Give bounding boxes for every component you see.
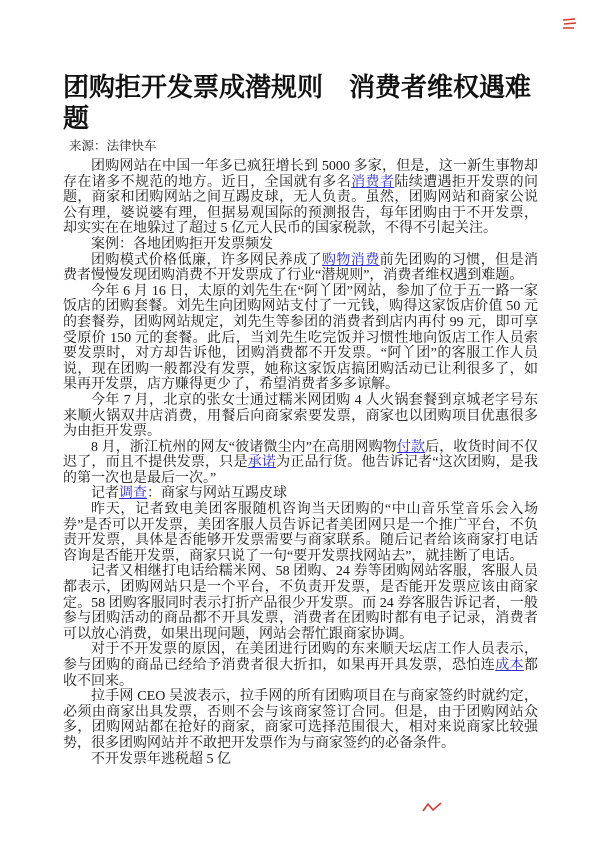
article: 团购拒开发票成潜规则 消费者维权遇难题 来源：法律快车 团购网站在中国一年多已疯… — [63, 72, 538, 767]
text-run: 8 月，浙江杭州的网友“彼诸微尘内”在高朋网购物 — [91, 440, 397, 455]
article-body: 团购网站在中国一年多已疯狂增长到 5000 多家，但是，这一新生事物却存在诸多不… — [63, 159, 538, 767]
inline-link[interactable]: 调查 — [119, 486, 147, 501]
text-run: 不开发票年逃税超 5 亿 — [91, 752, 231, 767]
inline-link[interactable]: 承诺 — [248, 455, 276, 470]
inline-link[interactable]: 付款 — [397, 440, 425, 455]
red-annotation-mark-bottom — [421, 801, 443, 819]
paragraph-taiyuan-case: 今年 6 月 16 日，太原的刘先生在“阿丫团”网站，参加了位于五一路一家饭店的… — [63, 284, 538, 393]
text-run: 案例：各地团购拒开发票频发 — [91, 237, 273, 252]
text-run: 团购模式价格低廉，许多网民养成了 — [91, 253, 322, 268]
subheading-cases: 案例：各地团购拒开发票频发 — [63, 237, 538, 253]
text-run: 记者又相继打电话给糯米网、58 团购、24 券等团购网站客服，客服人员都表示，团… — [63, 564, 538, 641]
article-title: 团购拒开发票成潜规则 消费者维权遇难题 — [63, 72, 538, 134]
text-run: 昨天，记者致电美团客服随机咨询当天团购的“中山音乐堂音乐会入场券”是否可以开发票… — [63, 502, 538, 564]
text-run: 今年 7 月，北京的张女士通过糯米网团购 4 人火锅套餐到京城老字号东来顺火锅双… — [63, 393, 538, 439]
paragraph-intro: 团购网站在中国一年多已疯狂增长到 5000 多家，但是，这一新生事物却存在诸多不… — [63, 159, 538, 237]
text-run: 今年 6 月 16 日，太原的刘先生在“阿丫团”网站，参加了位于五一路一家饭店的… — [63, 284, 538, 393]
red-annotation-mark-top — [561, 17, 579, 37]
paragraph-other-sites: 记者又相继打电话给糯米网、58 团购、24 券等团购网站客服，客服人员都表示，团… — [63, 564, 538, 642]
document-page: 团购拒开发票成潜规则 消费者维权遇难题 来源：法律快车 团购网站在中国一年多已疯… — [0, 0, 595, 842]
paragraph-meituan-call: 昨天，记者致电美团客服随机咨询当天团购的“中山音乐堂音乐会入场券”是否可以开发票… — [63, 502, 538, 564]
subheading-tax-evasion: 不开发票年逃税超 5 亿 — [63, 752, 538, 768]
subheading-investigation: 记者调查：商家与网站互踢皮球 — [63, 486, 538, 502]
text-run: 对于不开发票的原因，在美团进行团购的东来顺天坛店工作人员表示，参与团购的商品已经… — [63, 642, 538, 673]
text-run: 记者 — [91, 486, 119, 501]
paragraph-hidden-rule: 团购模式价格低廉，许多网民养成了购物消费前先团购的习惯，但是消费者慢慢发现团购消… — [63, 253, 538, 284]
text-run: ：商家与网站互踢皮球 — [147, 486, 287, 501]
inline-link[interactable]: 消费者 — [351, 175, 394, 190]
paragraph-lashou-ceo: 拉手网 CEO 吴波表示，拉手网的所有团购项目在与商家签约时就约定，必须由商家出… — [63, 689, 538, 751]
inline-link[interactable]: 购物消费 — [322, 253, 380, 268]
text-run: 拉手网 CEO 吴波表示，拉手网的所有团购项目在与商家签约时就约定，必须由商家出… — [63, 689, 538, 751]
paragraph-reason: 对于不开发票的原因，在美团进行团购的东来顺天坛店工作人员表示，参与团购的商品已经… — [63, 642, 538, 689]
article-source: 来源：法律快车 — [69, 138, 538, 154]
paragraph-beijing-case: 今年 7 月，北京的张女士通过糯米网团购 4 人火锅套餐到京城老字号东来顺火锅双… — [63, 393, 538, 440]
paragraph-hangzhou-case: 8 月，浙江杭州的网友“彼诸微尘内”在高朋网购物付款后，收货时间不仅迟了，而且不… — [63, 440, 538, 487]
inline-link[interactable]: 成本 — [495, 658, 524, 673]
